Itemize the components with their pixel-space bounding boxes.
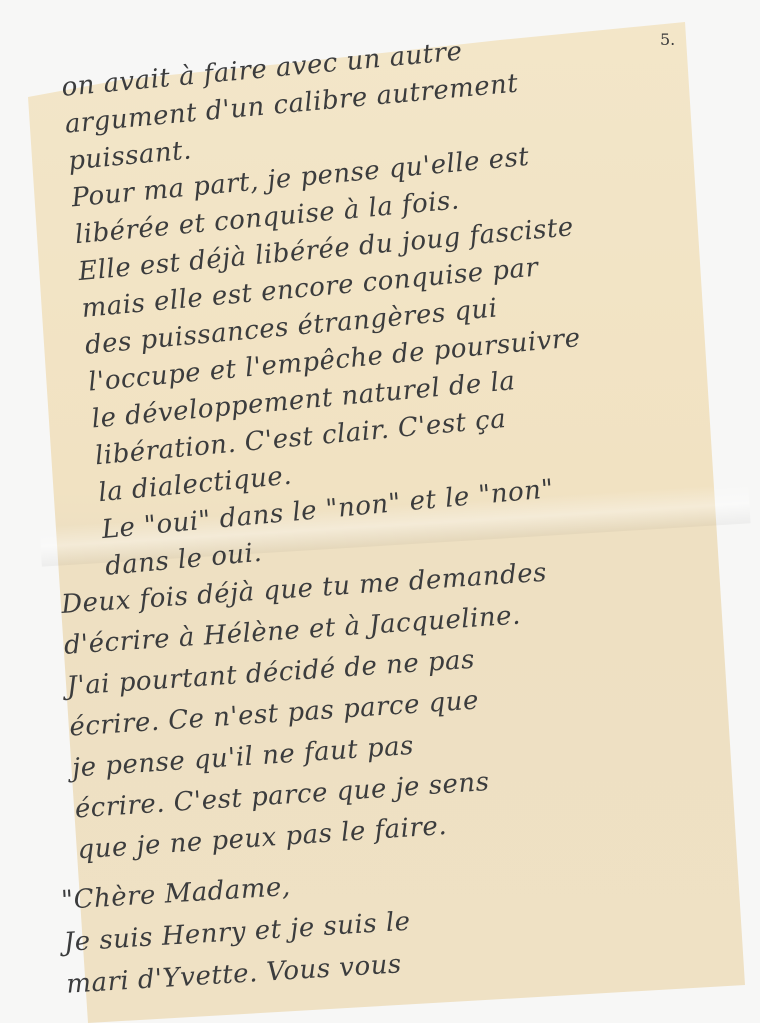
paragraph-writing: Deux fois déjà que tu me demandes d'écri… — [60, 540, 758, 871]
paragraph-dialectic: on avait à faire avec un autre argument … — [60, 8, 760, 585]
